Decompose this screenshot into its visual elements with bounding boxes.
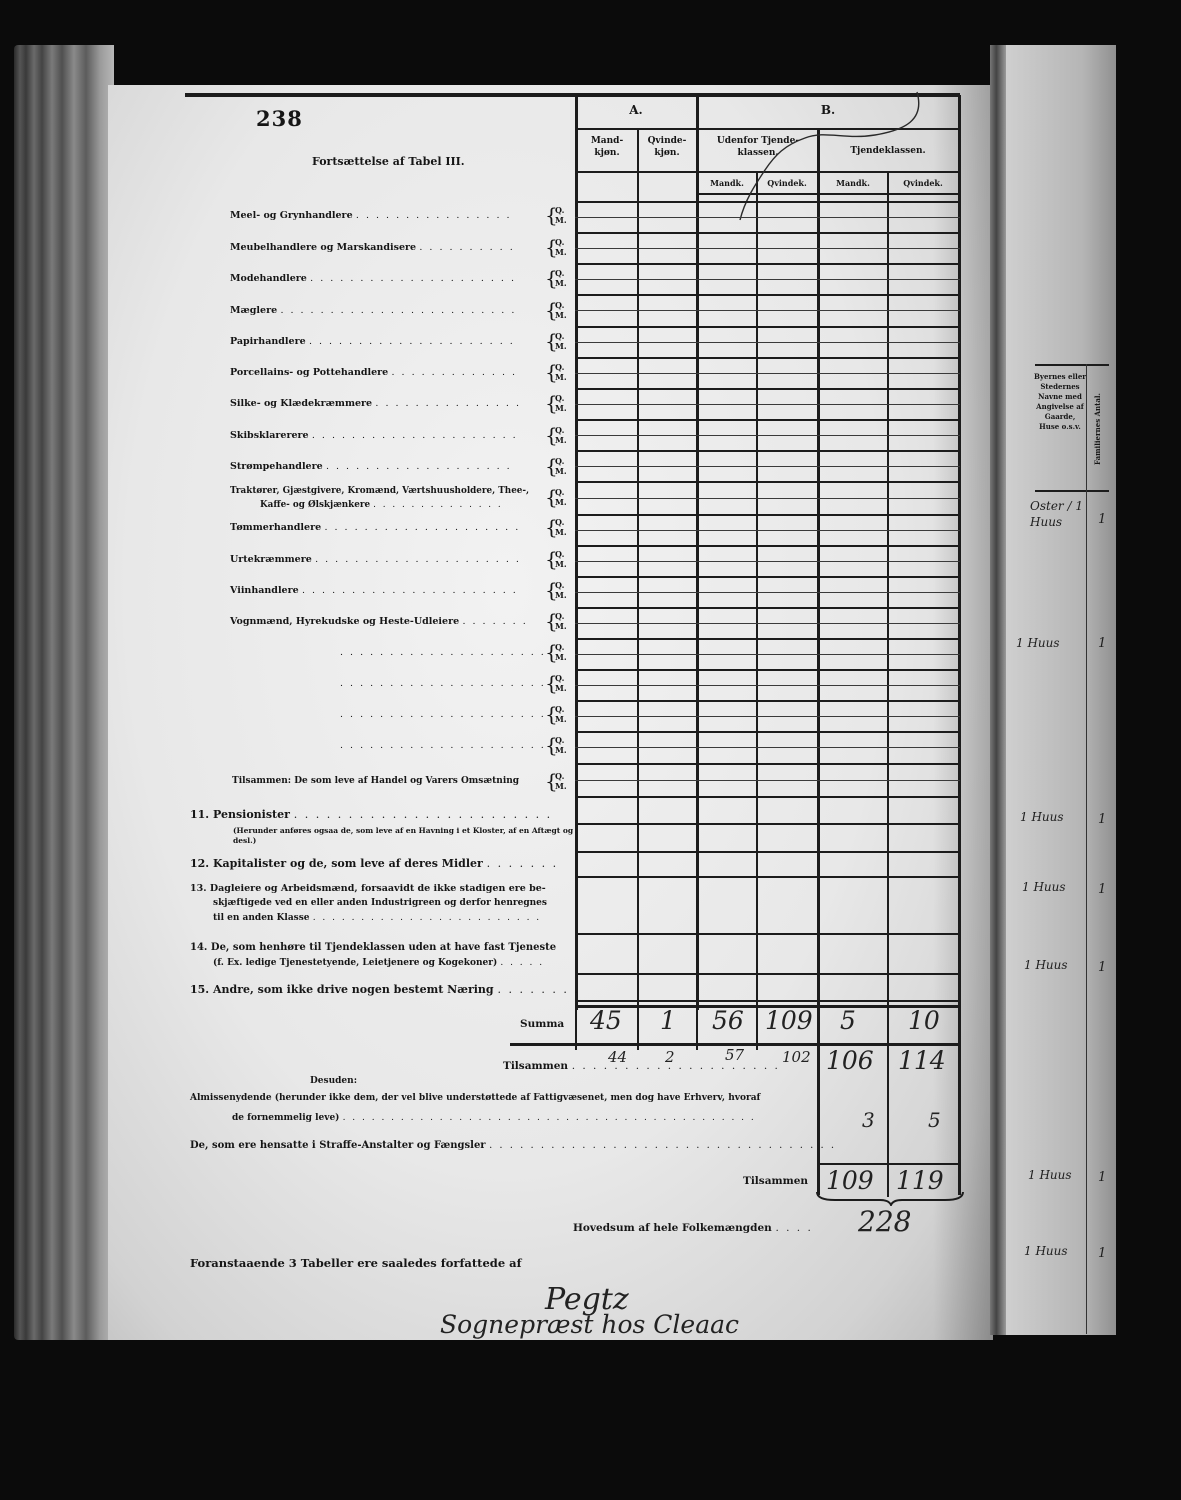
almisse-mandk: 3	[862, 1108, 875, 1132]
row-subrule	[575, 279, 960, 280]
row-label: Modehandlere . . . . . . . . . . . . . .…	[230, 273, 516, 284]
row-subrule	[575, 780, 960, 781]
row-label-blank: . . . . . . . . . . . . . . . . . . . . …	[340, 740, 546, 751]
category-13-line2: skjæftigede ved en eller anden Industrig…	[213, 898, 547, 908]
row-label-blank: . . . . . . . . . . . . . . . . . . . . …	[340, 647, 546, 658]
row-rule	[575, 232, 960, 234]
desuden-heading: Desuden:	[310, 1076, 357, 1086]
sum-brace	[815, 1190, 965, 1206]
row-subrule	[575, 716, 960, 717]
side-count: 1	[1098, 960, 1106, 975]
row-rule	[575, 326, 960, 328]
category-rule	[575, 823, 960, 825]
row-label: Vognmænd, Hyrekudske og Heste-Udleiere .…	[230, 616, 528, 627]
side-place: 1 Huus	[1020, 810, 1064, 824]
side-place: Oster / 1 Huus	[1030, 498, 1085, 530]
row-subrule	[575, 248, 960, 249]
footer-text: Foranstaaende 3 Tabeller ere saaledes fo…	[190, 1256, 522, 1270]
side-place: 1 Huus	[1022, 880, 1066, 894]
category-11: 11. Pensionister . . . . . . . . . . . .…	[190, 808, 552, 821]
row-subrule	[575, 310, 960, 311]
row-rule	[575, 669, 960, 671]
category-rule	[575, 973, 960, 975]
category-rule	[575, 933, 960, 935]
page-number: 238	[256, 106, 303, 131]
tilsammen-small-b1-mandk: 57	[725, 1046, 744, 1064]
row-label: Meubelhandlere og Marskandisere . . . . …	[230, 242, 515, 253]
tilsammen-b2-mandk: 106	[826, 1046, 874, 1075]
side-panel-header-rule	[1035, 490, 1109, 492]
row-label: Traktører, Gjæstgivere, Kromænd, Værtshu…	[230, 486, 529, 496]
row-rule	[575, 263, 960, 265]
almisse-label: Almissenydende (herunder ikke dem, der v…	[190, 1093, 760, 1103]
side-place: 1 Huus	[1024, 958, 1068, 972]
row-subrule	[575, 498, 960, 499]
book-gutter	[990, 45, 1006, 1335]
summa-b2-mandk: 5	[840, 1006, 856, 1035]
row-rule	[575, 388, 960, 390]
row-rule	[575, 357, 960, 359]
category-13: 13. Dagleiere og Arbeidsmænd, forsaavidt…	[190, 883, 546, 894]
summa-a-mand: 45	[590, 1006, 622, 1035]
final-top-rule	[817, 1163, 960, 1165]
side-count: 1	[1098, 512, 1106, 527]
row-label: Urtekræmmere . . . . . . . . . . . . . .…	[230, 554, 521, 565]
side-count: 1	[1098, 882, 1106, 897]
summa-b2-qvindek: 10	[908, 1006, 940, 1035]
side-panel-count-header: Familiernes Antal.	[1093, 372, 1107, 487]
table-title: Fortsættelse af Tabel III.	[312, 155, 465, 168]
side-place: 1 Huus	[1016, 636, 1060, 650]
row-rule	[575, 607, 960, 609]
row-label: Skibsklarerere . . . . . . . . . . . . .…	[230, 430, 518, 441]
column-a-mandkjon: Mand- kjøn.	[577, 135, 637, 159]
category-11-note: (Herunder anføres ogsaa de, som leve af …	[233, 826, 578, 846]
tilsammen-small-a-mand: 44	[608, 1048, 627, 1066]
category-12: 12. Kapitalister og de, som leve af dere…	[190, 857, 558, 870]
facing-page-strip	[1006, 45, 1116, 1335]
summa-b1-qvindek: 109	[765, 1006, 813, 1035]
row-subrule	[575, 530, 960, 531]
hovedsum-label: Hovedsum af hele Folkemængden . . . .	[573, 1222, 813, 1234]
row-subrule	[575, 561, 960, 562]
row-rule	[575, 514, 960, 516]
summa-b1-mandk: 56	[712, 1006, 744, 1035]
tilsammen-b2-qvindek: 114	[898, 1046, 946, 1075]
row-rule	[575, 419, 960, 421]
tilsammen-small-b1-qvindek: 102	[782, 1048, 811, 1066]
row-subrule	[575, 466, 960, 467]
row-subrule	[575, 685, 960, 686]
row-label: Meel- og Grynhandlere . . . . . . . . . …	[230, 210, 512, 221]
column-a-qvindekjon: Qvinde- kjøn.	[638, 135, 696, 159]
row-rule	[575, 638, 960, 640]
column-group-a: A.	[575, 104, 697, 116]
row-subrule	[575, 592, 960, 593]
row-rule	[575, 201, 960, 203]
subtotal-label: Tilsammen: De som leve af Handel og Vare…	[232, 776, 519, 786]
side-count: 1	[1098, 636, 1106, 651]
row-rule	[575, 576, 960, 578]
row-label: Silke- og Klædekræmmere . . . . . . . . …	[230, 398, 521, 409]
category-rule	[575, 876, 960, 878]
straffe-label: De, som ere hensatte i Straffe-Anstalter…	[190, 1140, 836, 1151]
almisse-qvindek: 5	[928, 1108, 941, 1132]
category-13-line3: til en anden Klasse . . . . . . . . . . …	[213, 913, 541, 923]
row-rule	[575, 796, 960, 798]
category-15: 15. Andre, som ikke drive nogen bestemt …	[190, 983, 580, 996]
side-panel-header: Byernes eller Stedernes Navne med Angive…	[1034, 372, 1086, 432]
row-rule	[575, 450, 960, 452]
side-count: 1	[1098, 1170, 1106, 1185]
row-subrule	[575, 654, 960, 655]
row-label-continued: Kaffe- og Ølskjænkere . . . . . . . . . …	[260, 500, 503, 510]
row-subrule	[575, 747, 960, 748]
category-rule	[575, 1000, 960, 1002]
row-subrule	[575, 435, 960, 436]
row-rule	[575, 545, 960, 547]
row-subrule	[575, 623, 960, 624]
hovedsum-value: 228	[858, 1205, 911, 1238]
row-subrule	[575, 217, 960, 218]
row-label-blank: . . . . . . . . . . . . . . . . . . . . …	[340, 678, 546, 689]
row-label: Porcellains- og Pottehandlere . . . . . …	[230, 367, 517, 378]
category-14: 14. De, som henhøre til Tjendeklassen ud…	[190, 942, 556, 953]
row-subrule	[575, 342, 960, 343]
almisse-label-line2: de fornemmelig leve) . . . . . . . . . .…	[232, 1113, 756, 1123]
row-label: Papirhandlere . . . . . . . . . . . . . …	[230, 336, 515, 347]
row-rule	[575, 731, 960, 733]
side-place: 1 Huus	[1024, 1244, 1068, 1258]
category-14-line2: (f. Ex. ledige Tjenestetyende, Leietjene…	[213, 958, 544, 968]
summa-label: Summa	[520, 1018, 564, 1030]
row-rule	[575, 700, 960, 702]
row-label-blank: . . . . . . . . . . . . . . . . . . . . …	[340, 709, 546, 720]
tilsammen-small-a-qvinde: 2	[665, 1048, 675, 1066]
row-label: Strømpehandlere . . . . . . . . . . . . …	[230, 461, 512, 472]
side-count: 1	[1098, 1246, 1106, 1261]
row-label: Mæglere . . . . . . . . . . . . . . . . …	[230, 305, 516, 316]
side-place: 1 Huus	[1028, 1168, 1072, 1182]
side-panel-top-rule	[1035, 364, 1109, 366]
side-panel-divider	[1086, 364, 1087, 1334]
book-page-edges	[14, 45, 114, 1340]
row-rule	[575, 481, 960, 483]
row-label: Tømmerhandlere . . . . . . . . . . . . .…	[230, 522, 520, 533]
signature-title: Sognepræst hos Cleaac	[440, 1310, 739, 1339]
row-subrule	[575, 404, 960, 405]
side-count: 1	[1098, 812, 1106, 827]
row-rule	[575, 294, 960, 296]
row-label: Viinhandlere . . . . . . . . . . . . . .…	[230, 585, 518, 596]
final-tilsammen-label: Tilsammen	[743, 1175, 808, 1187]
row-subrule	[575, 373, 960, 374]
summa-a-qvinde: 1	[660, 1006, 676, 1035]
row-rule	[575, 763, 960, 765]
category-rule	[575, 851, 960, 853]
